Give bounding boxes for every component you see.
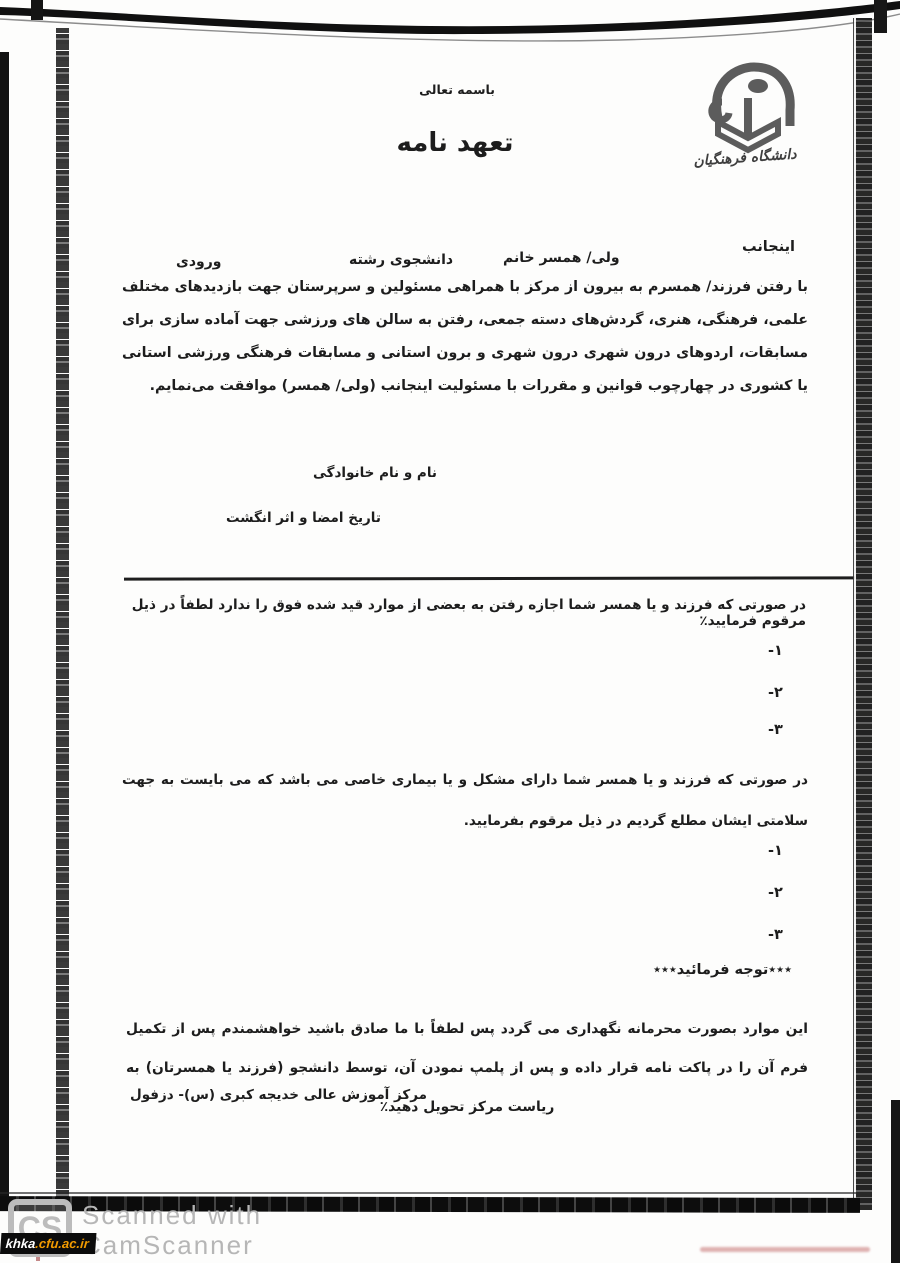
source-url-badge: khka.cfu.ac.ir [0,1233,97,1254]
attention-note: ٭٭٭توجه فرمائید٭٭٭ [653,962,792,978]
signature-name-label: نام و نام خانوادگی [313,465,437,481]
source-url-site: khka [5,1236,36,1251]
page-title: تعهد نامه [385,128,525,158]
bismillah-text: باسمه تعالی [402,82,512,97]
section2-item-2: -۲ [768,885,783,901]
consent-paragraph: با رفتن فرزند/ همسرم به بیرون از مرکز با… [122,271,808,403]
camscanner-text: CamScanner [82,1230,254,1261]
section2-item-3: -۳ [768,927,783,943]
farhangian-university-emblem-icon [686,60,810,156]
section2-instruction: در صورتی که فرزند و یا همسر شما دارای مش… [122,760,808,842]
field-label-entry-year: ورودی [176,254,221,270]
section2-item-1: -۱ [768,843,783,859]
scan-topright-mark [874,0,887,33]
center-name: مرکز آموزش عالی خدیجه کبری (س)- دزفول [130,1087,427,1103]
confidentiality-paragraph: این موارد بصورت محرمانه نگهداری می گردد … [126,1010,808,1127]
section1-item-1: -۱ [768,643,783,659]
section1-item-3: -۳ [768,722,783,738]
scan-topleft-mark [31,0,43,20]
field-label-applicant: اینجانب [742,239,795,255]
scan-right-fold-line [853,18,872,1210]
signature-date-fingerprint-label: تاریخ امضا و اثر انگشت [226,510,381,526]
scanned-with-text: Scanned with [82,1200,262,1231]
scan-right-bottom-edge [891,1100,900,1263]
scan-red-smudge [700,1247,870,1252]
scan-left-edge [0,52,9,1198]
section-divider-line [124,576,855,580]
section1-instruction: در صورتی که فرزند و یا همسر شما اجازه رف… [122,597,806,629]
scan-bottom-edge-line [0,1192,856,1194]
scan-left-fold-line [56,28,69,1200]
field-label-guardian-of: ولی/ همسر خانم [503,250,620,266]
source-url-domain: .cfu.ac.ir [35,1236,90,1251]
field-label-student-major: دانشجوی رشته [349,252,453,268]
section1-item-2: -۲ [768,685,783,701]
scan-top-edge-band [0,0,900,52]
